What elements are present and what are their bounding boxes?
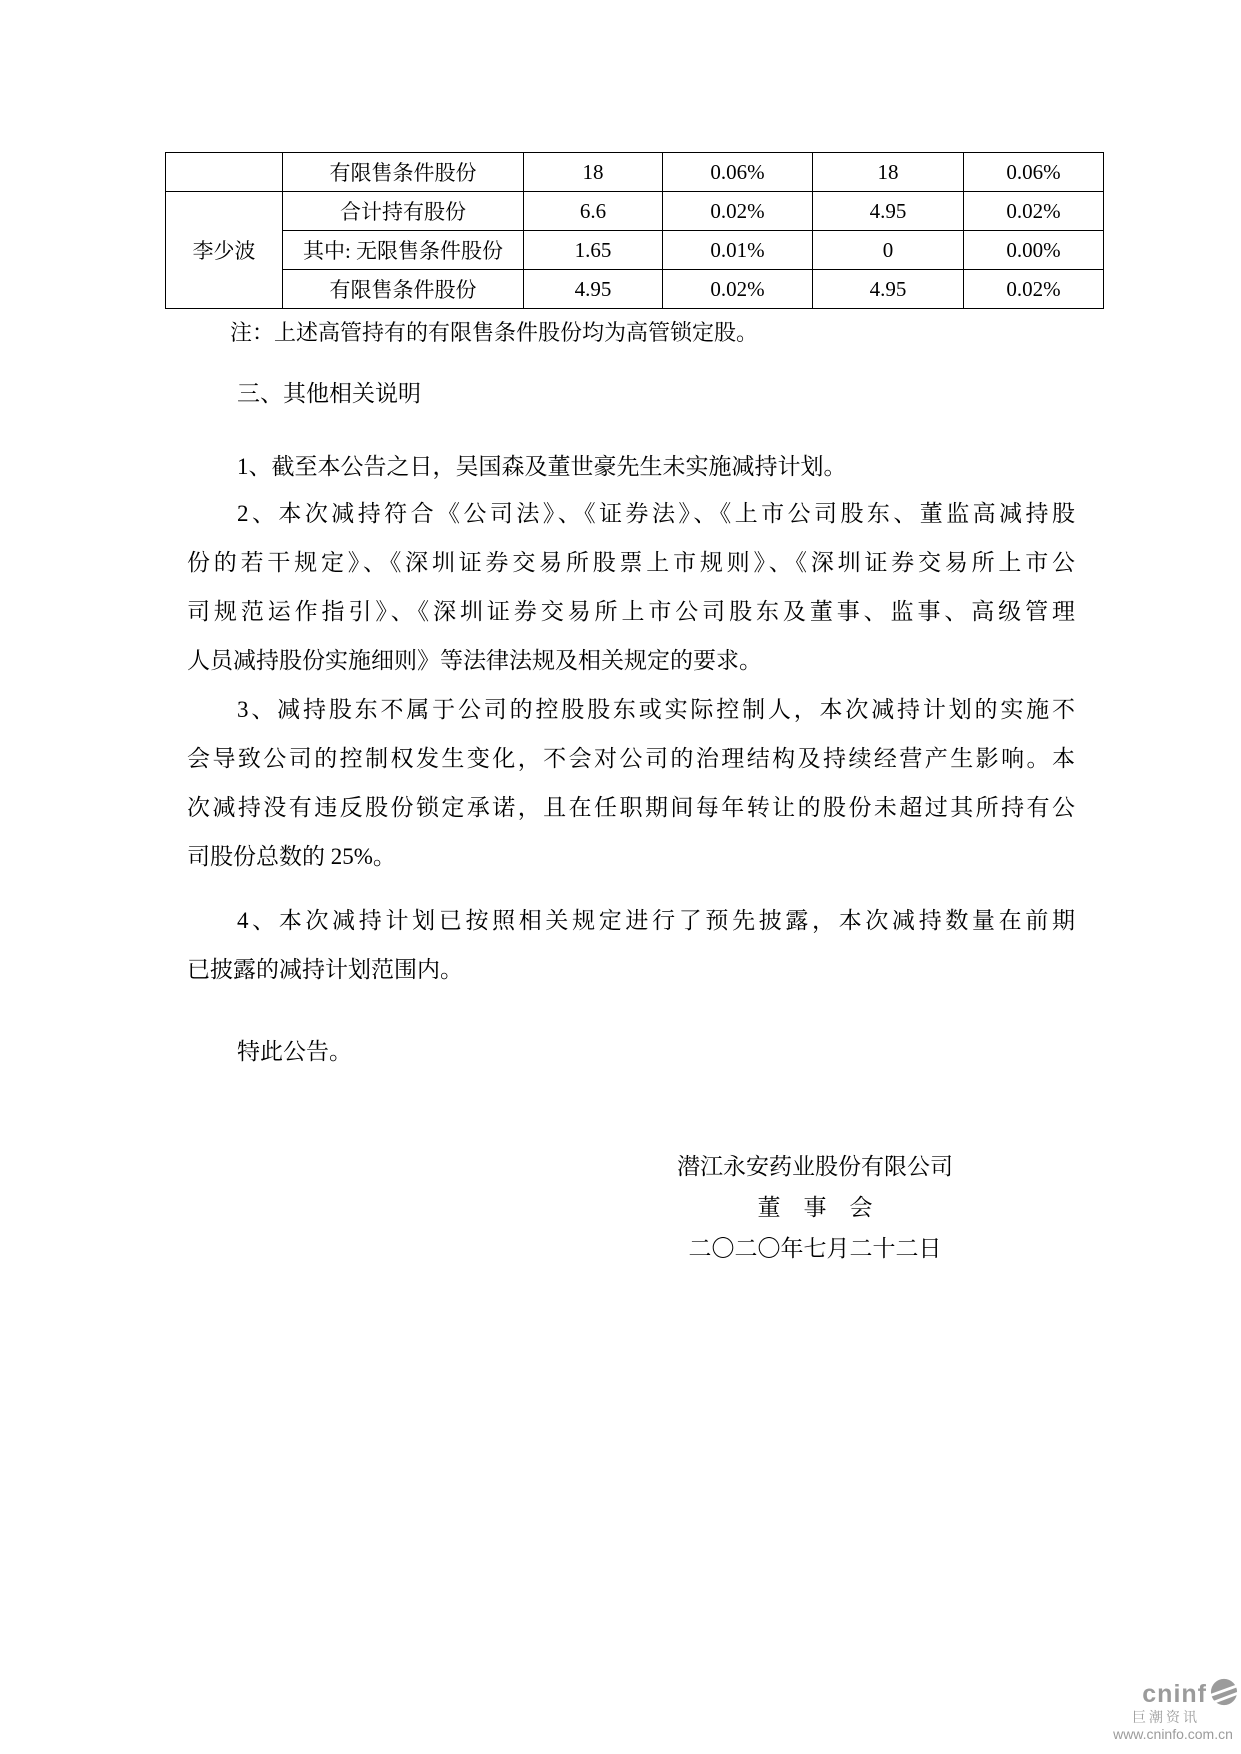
- share-count-cell: 4.95: [524, 270, 663, 309]
- share-count-cell: 6.6: [524, 192, 663, 231]
- text-line: 司规范运作指引》、《深圳证券交易所上市公司股东及董事、监事、高级管理: [187, 587, 1075, 636]
- cninfo-logo: cninf 巨潮资讯 www.cninfo.com.cn: [1108, 1680, 1238, 1741]
- text-line: 人员减持股份实施细则》等法律法规及相关规定的要求。: [187, 636, 1075, 685]
- company-name: 潜江永安药业股份有限公司: [565, 1146, 1065, 1187]
- table-row: 有限售条件股份 18 0.06% 18 0.06%: [166, 153, 1104, 192]
- share-type-cell: 其中: 无限售条件股份: [283, 231, 524, 270]
- paragraph-2: 2、本次减持符合《公司法》、《证券法》、《上市公司股东、董监高减持股份的若干规定…: [187, 489, 1075, 685]
- paragraph-1: 1、截至本公告之日，吴国森及董世豪先生未实施减持计划。: [187, 442, 1075, 491]
- shareholder-name-cell: [166, 153, 283, 192]
- text-line: 3、减持股东不属于公司的控股股东或实际控制人，本次减持计划的实施不: [187, 685, 1075, 734]
- cninfo-brand-text: cninf: [1142, 1682, 1207, 1707]
- document-page: 有限售条件股份 18 0.06% 18 0.06% 李少波 合计持有股份 6.6…: [0, 0, 1241, 1754]
- globe-icon: [1210, 1678, 1238, 1710]
- text-line: 份的若干规定》、《深圳证券交易所股票上市规则》、《深圳证券交易所上市公: [187, 538, 1075, 587]
- table-row: 李少波 合计持有股份 6.6 0.02% 4.95 0.02%: [166, 192, 1104, 231]
- logo-chinese-name: 巨潮资讯: [1108, 1710, 1238, 1724]
- text-line: 次减持没有违反股份锁定承诺，且在任职期间每年转让的股份未超过其所持有公: [187, 783, 1075, 832]
- closing-statement: 特此公告。: [187, 1027, 1075, 1076]
- table-row: 有限售条件股份 4.95 0.02% 4.95 0.02%: [166, 270, 1104, 309]
- text-line: 4、本次减持计划已按照相关规定进行了预先披露，本次减持数量在前期: [187, 896, 1075, 945]
- table-row: 其中: 无限售条件股份 1.65 0.01% 0 0.00%: [166, 231, 1104, 270]
- shareholder-name-cell: 李少波: [166, 192, 283, 309]
- share-count-cell: 18: [813, 153, 964, 192]
- paragraph-3: 3、减持股东不属于公司的控股股东或实际控制人，本次减持计划的实施不会导致公司的控…: [187, 685, 1075, 881]
- share-count-cell: 4.95: [813, 192, 964, 231]
- announcement-date: 二〇二〇年七月二十二日: [565, 1228, 1065, 1269]
- share-pct-cell: 0.06%: [964, 153, 1104, 192]
- logo-url: www.cninfo.com.cn: [1108, 1727, 1238, 1741]
- share-pct-cell: 0.01%: [663, 231, 813, 270]
- share-count-cell: 0: [813, 231, 964, 270]
- section-heading: 三、其他相关说明: [187, 369, 1075, 418]
- text-line: 1、截至本公告之日，吴国森及董世豪先生未实施减持计划。: [187, 442, 1075, 491]
- signature-block: 潜江永安药业股份有限公司 董 事 会 二〇二〇年七月二十二日: [565, 1146, 1065, 1269]
- share-pct-cell: 0.02%: [964, 270, 1104, 309]
- text-line: 会导致公司的控制权发生变化，不会对公司的治理结构及持续经营产生影响。本: [187, 734, 1075, 783]
- text-line: 司股份总数的 25%。: [187, 832, 1075, 881]
- share-count-cell: 1.65: [524, 231, 663, 270]
- share-count-cell: 4.95: [813, 270, 964, 309]
- share-pct-cell: 0.00%: [964, 231, 1104, 270]
- share-type-cell: 有限售条件股份: [283, 153, 524, 192]
- share-type-cell: 有限售条件股份: [283, 270, 524, 309]
- share-pct-cell: 0.06%: [663, 153, 813, 192]
- share-pct-cell: 0.02%: [663, 192, 813, 231]
- shareholding-table: 有限售条件股份 18 0.06% 18 0.06% 李少波 合计持有股份 6.6…: [165, 152, 1104, 309]
- share-pct-cell: 0.02%: [964, 192, 1104, 231]
- logo-row: cninf: [1108, 1680, 1238, 1708]
- paragraph-4: 4、本次减持计划已按照相关规定进行了预先披露，本次减持数量在前期已披露的减持计划…: [187, 896, 1075, 994]
- board-of-directors: 董 事 会: [565, 1187, 1065, 1228]
- text-line: 已披露的减持计划范围内。: [187, 945, 1075, 994]
- share-type-cell: 合计持有股份: [283, 192, 524, 231]
- text-line: 2、本次减持符合《公司法》、《证券法》、《上市公司股东、董监高减持股: [187, 489, 1075, 538]
- share-count-cell: 18: [524, 153, 663, 192]
- table-note: 注：上述高管持有的有限售条件股份均为高管锁定股。: [230, 318, 758, 348]
- share-pct-cell: 0.02%: [663, 270, 813, 309]
